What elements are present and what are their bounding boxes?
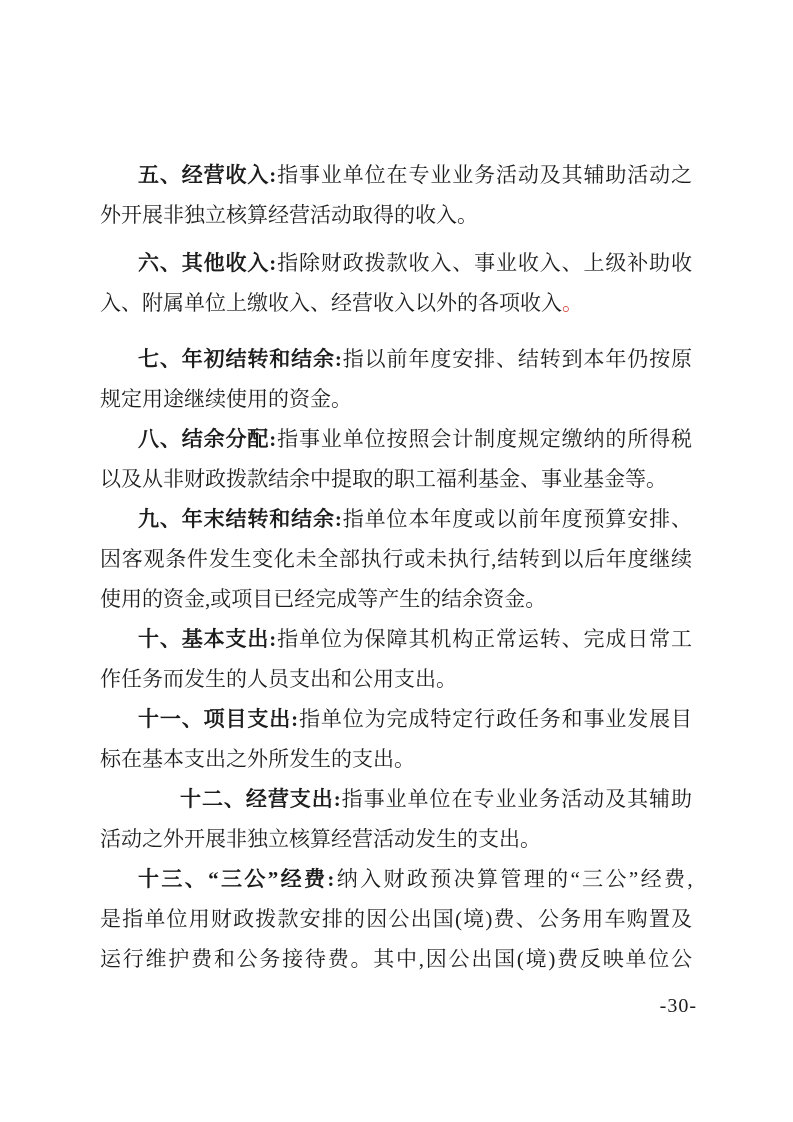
term-label: 十、基本支出:	[138, 627, 276, 651]
term-label: 八、结余分配:	[138, 427, 276, 451]
definition-paragraph-11: 十一、项目支出:指单位为完成特定行政任务和事业发展目 标在基本支出之外所发生的支…	[100, 699, 692, 779]
term-label: 十一、项目支出:	[138, 707, 298, 731]
text-line: 作任务而发生的人员支出和公用支出。	[100, 659, 692, 699]
text-line: 八、结余分配:指事业单位按照会计制度规定缴纳的所得税	[100, 419, 692, 459]
term-definition: 入、附属单位上缴收入、经营收入以外的各项收入	[100, 291, 562, 315]
text-line: 运行维护费和公务接待费。其中,因公出国(境)费反映单位公	[100, 939, 692, 979]
text-line: 活动之外开展非独立核算经营活动发生的支出。	[100, 819, 692, 859]
definition-paragraph-7: 七、年初结转和结余:指以前年度安排、结转到本年仍按原 规定用途继续使用的资金。	[100, 339, 692, 419]
term-definition: 指事业单位按照会计制度规定缴纳的所得税	[276, 427, 692, 451]
text-line: 十一、项目支出:指单位为完成特定行政任务和事业发展目	[100, 699, 692, 739]
text-line: 外开展非独立核算经营活动取得的收入。	[100, 195, 692, 235]
text-line: 规定用途继续使用的资金。	[100, 379, 692, 419]
definition-paragraph-13: 十三、“三公”经费:纳入财政预决算管理的“三公”经费, 是指单位用财政拨款安排的…	[100, 859, 692, 979]
term-label: 十三、“三公”经费:	[138, 867, 334, 891]
term-definition: 指事业单位在专业业务活动及其辅助	[341, 787, 692, 811]
term-definition: 指单位为保障其机构正常运转、完成日常工	[276, 627, 692, 651]
definition-paragraph-9: 九、年末结转和结余:指单位本年度或以前年度预算安排、 因客观条件发生变化未全部执…	[100, 499, 692, 619]
term-definition: 指单位本年度或以前年度预算安排、	[342, 507, 692, 531]
term-label: 六、其他收入:	[138, 251, 276, 275]
text-line: 以及从非财政拨款结余中提取的职工福利基金、事业基金等。	[100, 459, 692, 499]
term-definition: 指单位为完成特定行政任务和事业发展目	[298, 707, 692, 731]
red-period: 。	[562, 291, 583, 315]
text-line: 五、经营收入:指事业单位在专业业务活动及其辅助活动之	[100, 155, 692, 195]
definition-paragraph-8: 八、结余分配:指事业单位按照会计制度规定缴纳的所得税 以及从非财政拨款结余中提取…	[100, 419, 692, 499]
text-line: 标在基本支出之外所发生的支出。	[100, 739, 692, 779]
text-line: 十、基本支出:指单位为保障其机构正常运转、完成日常工	[100, 619, 692, 659]
text-line: 六、其他收入:指除财政拨款收入、事业收入、上级补助收	[100, 243, 692, 283]
definition-paragraph-12: 十二、经营支出:指事业单位在专业业务活动及其辅助 活动之外开展非独立核算经营活动…	[100, 779, 692, 859]
text-line: 十二、经营支出:指事业单位在专业业务活动及其辅助	[100, 779, 692, 819]
definition-paragraph-6: 六、其他收入:指除财政拨款收入、事业收入、上级补助收 入、附属单位上缴收入、经营…	[100, 243, 692, 323]
term-label: 九、年末结转和结余:	[138, 507, 342, 531]
term-definition: 指以前年度安排、结转到本年仍按原	[342, 347, 692, 371]
term-definition: 指除财政拨款收入、事业收入、上级补助收	[276, 251, 692, 275]
page-number: -30-	[660, 995, 697, 1018]
definition-paragraph-5: 五、经营收入:指事业单位在专业业务活动及其辅助活动之 外开展非独立核算经营活动取…	[100, 155, 692, 235]
term-label: 十二、经营支出:	[180, 787, 341, 811]
text-line: 七、年初结转和结余:指以前年度安排、结转到本年仍按原	[100, 339, 692, 379]
text-line: 是指单位用财政拨款安排的因公出国(境)费、公务用车购置及	[100, 899, 692, 939]
text-line: 入、附属单位上缴收入、经营收入以外的各项收入。	[100, 283, 692, 323]
term-label: 七、年初结转和结余:	[138, 347, 342, 371]
term-definition: 指事业单位在专业业务活动及其辅助活动之	[276, 163, 692, 187]
text-line: 使用的资金,或项目已经完成等产生的结余资金。	[100, 579, 692, 619]
text-line: 十三、“三公”经费:纳入财政预决算管理的“三公”经费,	[100, 859, 692, 899]
text-line: 九、年末结转和结余:指单位本年度或以前年度预算安排、	[100, 499, 692, 539]
definition-paragraph-10: 十、基本支出:指单位为保障其机构正常运转、完成日常工 作任务而发生的人员支出和公…	[100, 619, 692, 699]
document-body: 五、经营收入:指事业单位在专业业务活动及其辅助活动之 外开展非独立核算经营活动取…	[100, 155, 692, 979]
text-line: 因客观条件发生变化未全部执行或未执行,结转到以后年度继续	[100, 539, 692, 579]
term-label: 五、经营收入:	[138, 163, 276, 187]
document-page: 五、经营收入:指事业单位在专业业务活动及其辅助活动之 外开展非独立核算经营活动取…	[0, 0, 793, 1122]
term-definition: 纳入财政预决算管理的“三公”经费,	[334, 867, 692, 891]
